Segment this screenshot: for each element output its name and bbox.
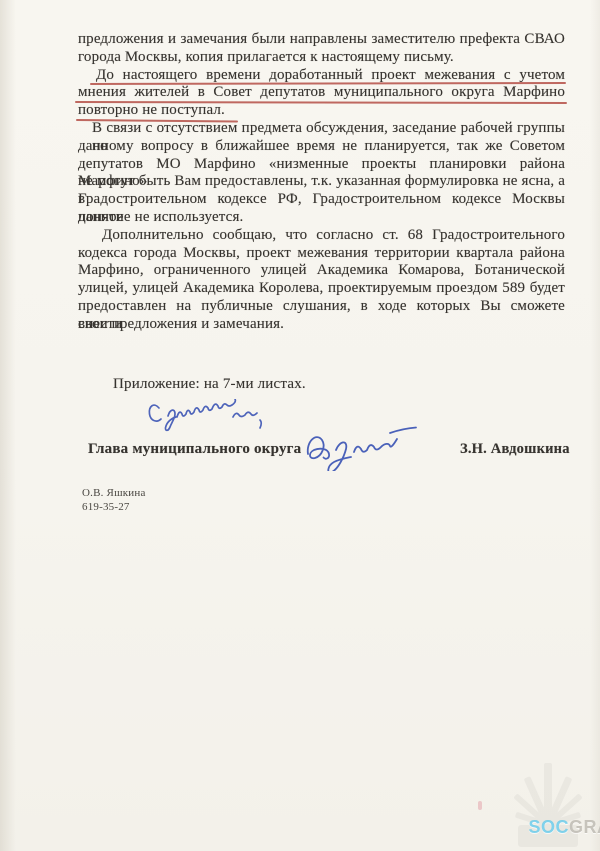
letter-line: мнения жителей в Совет депутатов муницип…	[78, 84, 565, 102]
letter-line: свои предложения и замечания.	[78, 316, 565, 334]
watermark-text-soc: SOC	[528, 817, 569, 837]
letter-line: Дополнительно сообщаю, что согласно ст. …	[78, 227, 565, 245]
watermark: SOCGRAD	[478, 755, 600, 851]
letter-body: предложения и замечания были направлены …	[78, 31, 565, 334]
letter-line: До настоящего времени доработанный проек…	[78, 67, 565, 85]
letter-line: данному вопросу в ближайшее время не пла…	[78, 138, 565, 156]
watermark-text: SOCGRAD	[528, 817, 600, 838]
contact-name: О.В. Яшкина	[82, 486, 146, 500]
letter-line: не могут быть Вам предоставлены, т.к. ук…	[78, 173, 565, 191]
attachment-note: Приложение: на 7-ми листах.	[113, 375, 306, 393]
letter-line: понятие не используется.	[78, 209, 565, 227]
signer-title: Глава муниципального округа	[88, 441, 301, 458]
letter-line: Градостроительном кодексе РФ, Градострои…	[78, 191, 565, 209]
letter-line: улицей, улицей Академика Королева, проек…	[78, 280, 565, 298]
letter-line: В связи с отсутствием предмета обсуждени…	[78, 120, 565, 138]
signature-scribble	[298, 421, 420, 471]
letter-line: Марфино, ограниченного улицей Академика …	[78, 262, 565, 280]
watermark-text-grad: GRAD	[569, 817, 600, 837]
contact-phone: 619-35-27	[82, 500, 146, 514]
letter-line: повторно не поступал.	[78, 102, 565, 120]
letter-line: депутатов МО Марфино «низменные проекты …	[78, 156, 565, 174]
letter-line: предложения и замечания были направлены …	[78, 31, 565, 49]
scan-artifact-speck	[478, 801, 482, 810]
letter-line: города Москвы, копия прилагается к насто…	[78, 49, 565, 67]
handwritten-closing	[146, 399, 268, 433]
scanned-letter-page: предложения и замечания были направлены …	[0, 0, 600, 851]
signer-name: З.Н. Авдошкина	[460, 441, 570, 458]
contact-block: О.В. Яшкина 619-35-27	[82, 486, 146, 514]
letter-line: предоставлен на публичные слушания, в хо…	[78, 298, 565, 316]
letter-line: кодекса города Москвы, проект межевания …	[78, 245, 565, 263]
